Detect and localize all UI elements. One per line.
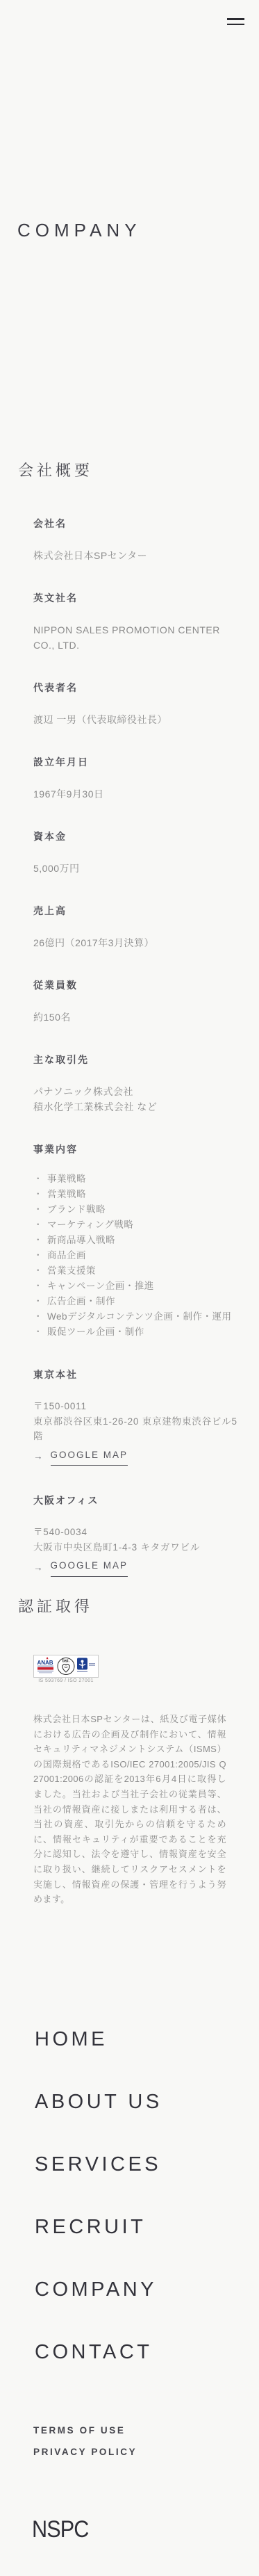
office-label: 東京本社 (33, 1370, 242, 1380)
iso-certification-badge: ANAB bsi. (33, 1655, 99, 1678)
field-label: 従業員数 (33, 980, 242, 991)
business-item: ・販促ツール企画・制作 (33, 1325, 242, 1340)
business-item: ・マーケティング戦略 (33, 1217, 242, 1233)
office-tokyo: 東京本社 〒150-0011 東京都渋谷区東1-26-20 東京建物東渋谷ビル5… (33, 1370, 242, 1466)
field-established: 設立年月日 1967年9月30日 (33, 757, 242, 802)
bullet-icon: ・ (33, 1265, 43, 1276)
field-value: 約150名 (33, 1010, 242, 1025)
bullet-icon: ・ (33, 1235, 43, 1245)
hamburger-icon (227, 18, 244, 20)
certification-number: IS 593769 / ISO 27001 (33, 1678, 99, 1683)
google-map-link-label: GOOGLE MAP (51, 1558, 128, 1577)
business-item: ・事業戦略 (33, 1172, 242, 1187)
field-company-name: 会社名 株式会社日本SPセンター (33, 519, 242, 563)
field-label: 会社名 (33, 519, 242, 529)
bullet-icon: ・ (33, 1174, 43, 1184)
field-label: 設立年月日 (33, 757, 242, 768)
menu-button[interactable] (227, 18, 244, 26)
field-representative: 代表者名 渡辺 一男（代表取締役社長） (33, 683, 242, 727)
field-value: NIPPON SALES PROMOTION CENTER CO., LTD. (33, 622, 242, 653)
bullet-icon: ・ (33, 1311, 43, 1322)
nspc-logo: NSPC (32, 2517, 88, 2542)
field-value: 1967年9月30日 (33, 786, 242, 802)
footer-legal-links: TERMS OF USE PRIVACY POLICY (33, 2426, 137, 2469)
nav-item-home[interactable]: HOME (35, 2029, 162, 2050)
office-address: 大阪市中央区島町1-4-3 キタガワビル (33, 1540, 242, 1555)
nav-item-company[interactable]: COMPANY (35, 2279, 162, 2300)
google-map-link-tokyo[interactable]: → GOOGLE MAP (33, 1448, 128, 1466)
business-item: ・営業支援策 (33, 1263, 242, 1279)
bullet-icon: ・ (33, 1327, 43, 1337)
field-label: 代表者名 (33, 683, 242, 693)
nav-item-services[interactable]: SERVICES (35, 2154, 162, 2175)
field-value: 渡辺 一男（代表取締役社長） (33, 712, 242, 727)
bullet-icon: ・ (33, 1296, 43, 1306)
hamburger-icon (227, 24, 244, 26)
arrow-right-icon: → (33, 1560, 43, 1575)
field-business-content: 事業内容 ・事業戦略 ・営業戦略 ・ブランド戦略 ・マーケティング戦略 ・新商品… (33, 1144, 242, 1340)
office-postal: 〒150-0011 (33, 1399, 242, 1414)
field-label: 主な取引先 (33, 1055, 242, 1065)
business-item: ・ブランド戦略 (33, 1202, 242, 1217)
nav-item-contact[interactable]: CONTACT (35, 2342, 162, 2363)
certification-heading: 認証取得 (18, 1597, 93, 1617)
business-item: ・商品企画 (33, 1248, 242, 1263)
bullet-icon: ・ (33, 1204, 43, 1215)
field-label: 資本金 (33, 832, 242, 842)
business-item: ・新商品導入戦略 (33, 1233, 242, 1248)
business-item: ・営業戦略 (33, 1187, 242, 1202)
company-overview-fields: 会社名 株式会社日本SPセンター 英文社名 NIPPON SALES PROMO… (33, 519, 242, 1607)
field-value: 株式会社日本SPセンター (33, 548, 242, 563)
office-address-block: 〒150-0011 東京都渋谷区東1-26-20 東京建物東渋谷ビル5階 → G… (33, 1399, 242, 1466)
google-map-link-label: GOOGLE MAP (51, 1448, 128, 1466)
office-osaka: 大阪オフィス 〒540-0034 大阪市中央区島町1-4-3 キタガワビル → … (33, 1496, 242, 1577)
field-english-name: 英文社名 NIPPON SALES PROMOTION CENTER CO., … (33, 593, 242, 653)
field-label: 売上高 (33, 906, 242, 916)
field-value: 5,000万円 (33, 861, 242, 876)
terms-of-use-link[interactable]: TERMS OF USE (33, 2426, 137, 2436)
field-label: 英文社名 (33, 593, 242, 604)
google-map-link-osaka[interactable]: → GOOGLE MAP (33, 1558, 128, 1577)
field-value: パナソニック株式会社 (33, 1084, 242, 1099)
svg-text:bsi.: bsi. (62, 1660, 70, 1664)
bullet-icon: ・ (33, 1281, 43, 1291)
svg-text:ANAB: ANAB (37, 1660, 53, 1666)
field-value: 26億円（2017年3月決算） (33, 935, 242, 950)
bullet-icon: ・ (33, 1189, 43, 1199)
field-value: 積水化学工業株式会社 など (33, 1099, 242, 1115)
footer-navigation: HOME ABOUT US SERVICES RECRUIT COMPANY C… (35, 2029, 162, 2404)
field-sales: 売上高 26億円（2017年3月決算） (33, 906, 242, 950)
bullet-icon: ・ (33, 1220, 43, 1230)
bullet-icon: ・ (33, 1250, 43, 1261)
business-item: ・キャンペーン企画・推進 (33, 1279, 242, 1294)
office-label: 大阪オフィス (33, 1496, 242, 1506)
field-capital: 資本金 5,000万円 (33, 832, 242, 876)
anab-logo: ANAB (37, 1657, 53, 1673)
business-item: ・Webデジタルコンテンツ企画・制作・運用 (33, 1309, 242, 1325)
nav-item-recruit[interactable]: RECRUIT (35, 2217, 162, 2237)
business-item: ・広告企画・制作 (33, 1294, 242, 1309)
field-main-clients: 主な取引先 パナソニック株式会社 積水化学工業株式会社 など (33, 1055, 242, 1115)
arrow-right-icon: → (33, 1449, 43, 1464)
business-list: ・事業戦略 ・営業戦略 ・ブランド戦略 ・マーケティング戦略 ・新商品導入戦略 … (33, 1172, 242, 1340)
office-postal: 〒540-0034 (33, 1525, 242, 1540)
privacy-policy-link[interactable]: PRIVACY POLICY (33, 2447, 137, 2457)
nav-item-about-us[interactable]: ABOUT US (35, 2091, 162, 2112)
office-address-block: 〒540-0034 大阪市中央区島町1-4-3 キタガワビル → GOOGLE … (33, 1525, 242, 1577)
office-address: 東京都渋谷区東1-26-20 東京建物東渋谷ビル5階 (33, 1414, 242, 1444)
company-overview-heading: 会社概要 (18, 461, 93, 480)
field-employees: 従業員数 約150名 (33, 980, 242, 1025)
page-title: COMPANY (17, 220, 142, 241)
field-label: 事業内容 (33, 1144, 242, 1155)
certification-description: 株式会社日本SPセンターは、紙及び電子媒体における広告の企画及び制作において、情… (33, 1712, 226, 1907)
